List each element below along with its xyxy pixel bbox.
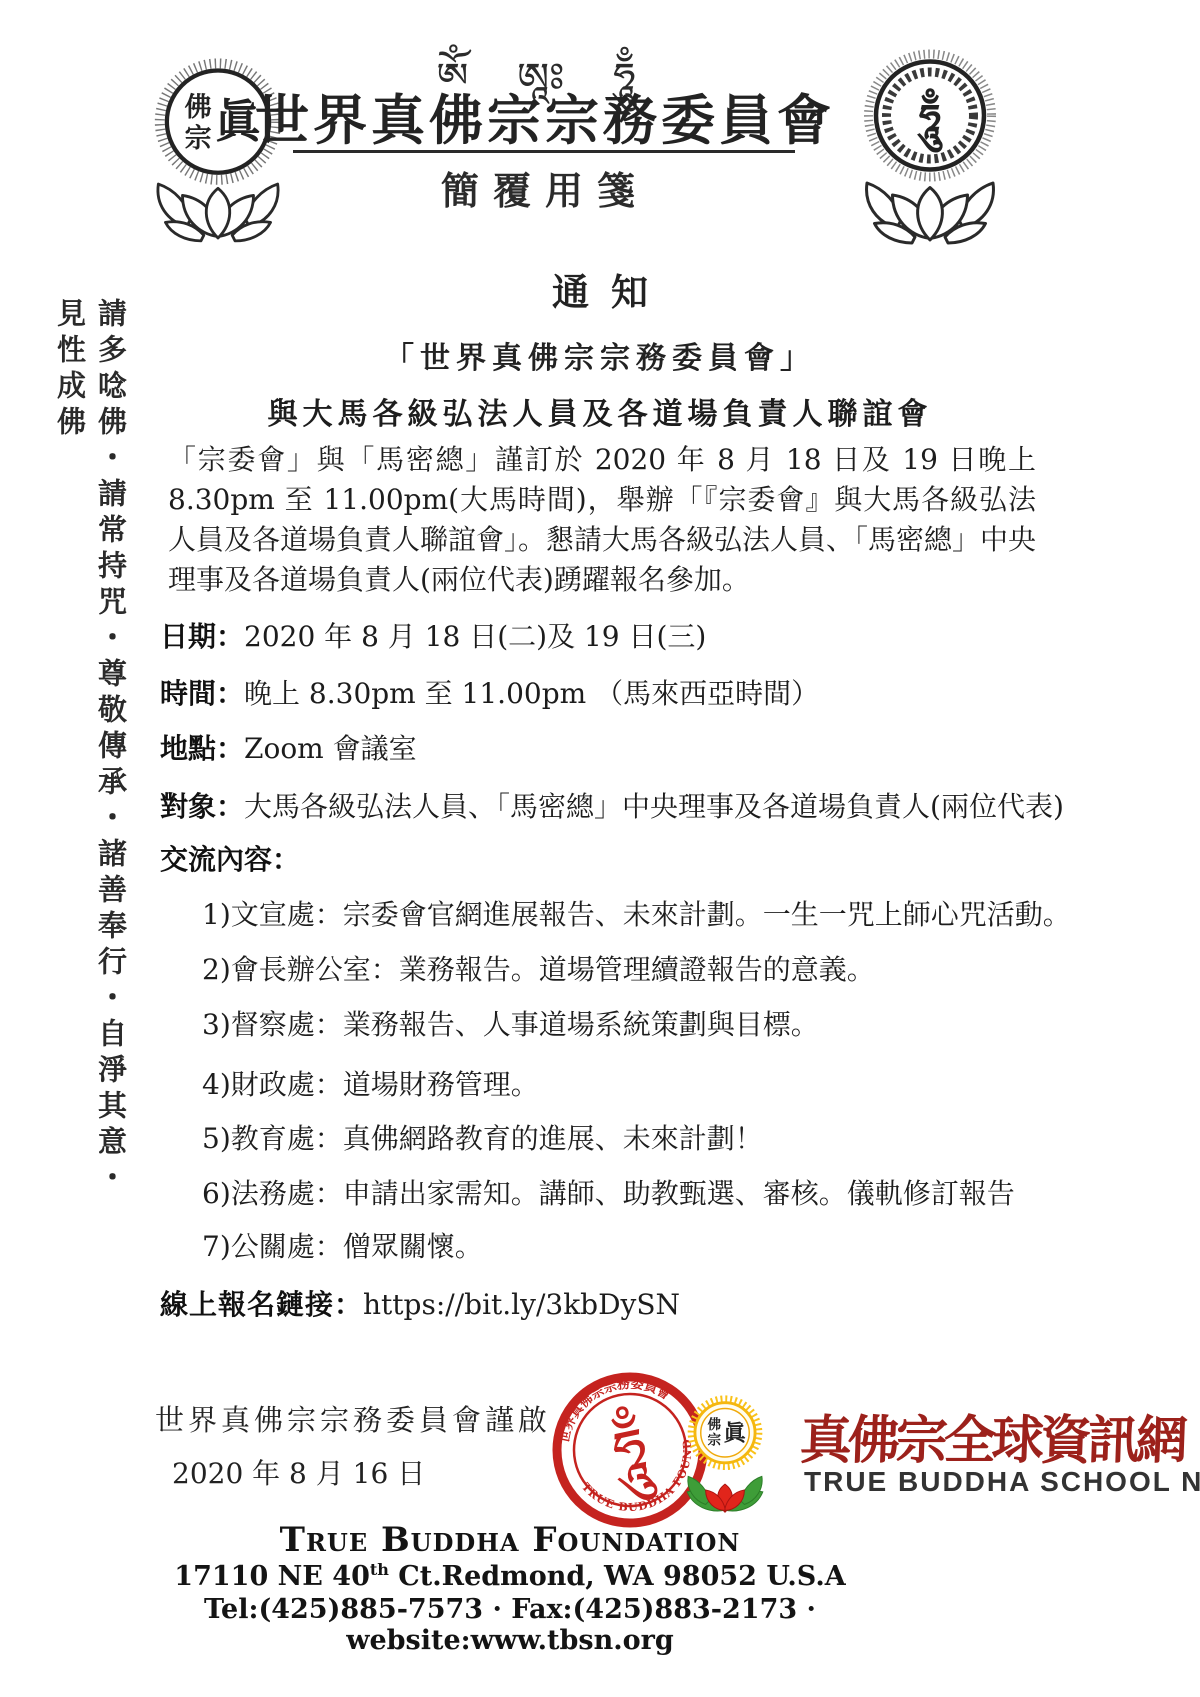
detail-row-date: 日期：2020 年 8 月 18 日(二)及 19 日(三)	[160, 615, 1040, 655]
notice-title: 通知	[160, 262, 1040, 316]
tbsn-english-title: TRUE BUDDHA SCHOOL NET	[804, 1466, 1200, 1498]
notice-subtitle-committee: 「世界真佛宗宗務委員會」	[160, 333, 1040, 377]
registration-link[interactable]: https://bit.ly/3kbDySN	[363, 1288, 680, 1321]
agenda-item-4: 4)財政處：道場財務管理。	[202, 1063, 1040, 1103]
svg-text:ཧཱུྃ: ཧཱུྃ	[602, 1402, 660, 1506]
location-value: Zoom 會議室	[244, 732, 417, 765]
svg-text:宗: 宗	[708, 1431, 722, 1448]
agenda-item-7: 7)公關處：僧眾關懷。	[202, 1225, 1040, 1265]
registration-label: 線上報名鏈接：	[160, 1288, 363, 1321]
foundation-name: True Buddha Foundation	[60, 1520, 960, 1560]
agenda-item-3: 3)督察處：業務報告、人事道場系統策劃與目標。	[202, 1003, 1040, 1043]
svg-text:佛: 佛	[708, 1416, 722, 1433]
time-label: 時間：	[160, 677, 244, 710]
detail-row-audience: 對象：大馬各級弘法人員、「馬密總」中央理事及各道場負責人(兩位代表)	[160, 785, 1040, 825]
foundation-contact: Tel:(425)885-7573 · Fax:(425)883-2173 · …	[60, 1594, 960, 1656]
vertical-motto: 請多唸佛・請常持咒・尊敬傳承・諸善奉行・自淨其意・見性成佛	[50, 298, 132, 1198]
tibetan-dharma-seal-right-icon: ཧཱུྃ	[850, 48, 1010, 246]
audience-label: 對象：	[160, 790, 244, 823]
notice-document: 眞 佛 宗 ༀ ཨཱཿ ཧཱུྃ 世界真佛宗宗務委員會 簡覆用箋 ཧཱུྃ 請多…	[0, 0, 1200, 1697]
notice-intro-paragraph: 「宗委會」與「馬密總」謹訂於 2020 年 8 月 18 日及 19 日晚上 8…	[168, 440, 1036, 600]
address-part1: 17110 NE 40	[174, 1561, 370, 1592]
agenda-item-6: 6)法務處：申請出家需知。講師、助教甄選、審核。儀軌修訂報告	[202, 1172, 1040, 1212]
notice-subtitle-event: 與大馬各級弘法人員及各道場負責人聯誼會	[160, 389, 1040, 433]
address-part2: Ct.Redmond, WA 98052 U.S.A	[389, 1561, 846, 1592]
tbsn-calligraphy-title: 真佛宗全球資訊網	[799, 1398, 1182, 1473]
agenda-item-5: 5)教育處：真佛網路教育的進展、未來計劃！	[202, 1117, 1040, 1157]
foundation-address: 17110 NE 40th Ct.Redmond, WA 98052 U.S.A	[60, 1560, 960, 1592]
svg-text:眞: 眞	[724, 1419, 748, 1446]
detail-row-location: 地點：Zoom 會議室	[160, 727, 1040, 767]
registration-line: 線上報名鏈接：https://bit.ly/3kbDySN	[160, 1283, 680, 1323]
signature-closing: 世界真佛宗宗務委員會謹啟	[155, 1398, 551, 1439]
header-divider	[293, 150, 795, 153]
detail-row-time: 時間：晚上 8.30pm 至 11.00pm （馬來西亞時間）	[160, 672, 1040, 712]
agenda-item-1: 1)文宣處：宗委會官網進展報告、未來計劃。一生一咒上師心咒活動。	[202, 893, 1040, 933]
time-value: 晚上 8.30pm 至 11.00pm （馬來西亞時間）	[244, 677, 819, 710]
agenda-section-label: 交流內容：	[160, 838, 300, 878]
signature-date: 2020 年 8 月 16 日	[172, 1452, 425, 1492]
organization-title: 世界真佛宗宗務委員會	[195, 78, 895, 155]
audience-value: 大馬各級弘法人員、「馬密總」中央理事及各道場負責人(兩位代表)	[244, 790, 1064, 823]
address-ordinal: th	[370, 1560, 389, 1579]
location-label: 地點：	[160, 732, 244, 765]
letterhead-label: 簡覆用箋	[195, 160, 895, 215]
date-value: 2020 年 8 月 18 日(二)及 19 日(三)	[244, 620, 706, 653]
tbsn-lotus-logo-icon: 眞 佛 宗	[676, 1392, 774, 1520]
date-label: 日期：	[160, 620, 244, 653]
agenda-item-2: 2)會長辦公室：業務報告。道場管理續證報告的意義。	[202, 948, 1040, 988]
